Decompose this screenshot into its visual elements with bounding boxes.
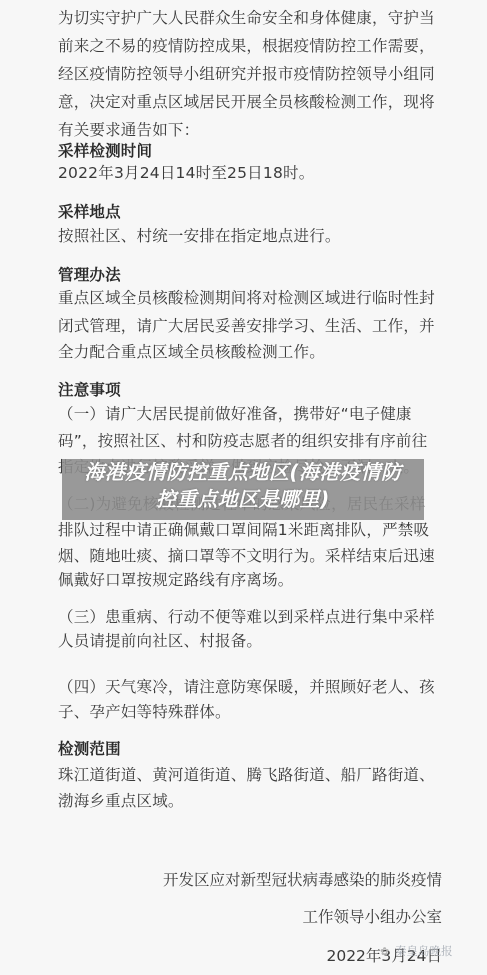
- section-heading-place: 采样地点: [58, 202, 121, 222]
- notes-item-4: （四）天气寒冷，请注意防寒保暖，并照顾好老人、孩: [58, 677, 435, 697]
- notes-item-3: （三）患重病、行动不便等难以到采样点进行集中采样: [58, 607, 435, 627]
- notes-item-1: 码”，按照社区、村和防疫志愿者的组织安排有序前往: [58, 431, 427, 451]
- intro-line: 为切实守护广大人民群众生命安全和身体健康，守护当: [58, 8, 435, 28]
- section-text: 2022年3月24日14时至25日18时。: [58, 163, 314, 183]
- intro-line: 前来之不易的疫情防控成果，根据疫情防控工作需要，: [58, 36, 435, 56]
- notes-item-4: 子、孕产妇等特殊群体。: [58, 702, 231, 722]
- section-text: 闭式管理，请广大居民妥善安排学习、生活、工作，并: [58, 316, 435, 336]
- section-text: 重点区域全员核酸检测期间将对检测区域进行临时性封: [58, 288, 435, 308]
- section-text: 珠江道街道、黄河道街道、腾飞路街道、船厂路街道、: [58, 765, 435, 785]
- notes-item-1: （一）请广大居民提前做好准备，携带好“电子健康: [58, 404, 412, 424]
- section-heading-notes: 注意事项: [58, 380, 121, 400]
- notes-item-2: 排队过程中请正确佩戴口罩间隔1米距离排队，严禁吸: [58, 520, 429, 540]
- intro-line: 意，决定对重点区域居民开展全员核酸检测工作，现将: [58, 92, 435, 112]
- section-text: 渤海乡重点区域。: [58, 791, 184, 811]
- notes-item-2: 烟、随地吐痰、摘口罩等不文明行为。采样结束后迅速: [58, 546, 435, 566]
- overlay-title: 海港疫情防控重点地区(海港疫情防 控重点地区是哪里): [62, 459, 424, 513]
- signature-org-line-2: 工作领导小组办公室: [302, 907, 442, 927]
- notes-item-3: 人员请提前向社区、村报备。: [58, 631, 262, 651]
- intro-line: 经区疫情防控领导小组研究并报市疫情防控领导小组同: [58, 64, 435, 84]
- wechat-icon: ✿: [380, 945, 389, 958]
- signature-org-line-1: 开发区应对新型冠状病毒感染的肺炎疫情: [163, 870, 442, 890]
- section-text: 按照社区、村统一安排在指定地点进行。: [58, 226, 341, 246]
- notes-item-2: 佩戴好口罩按规定路线有序离场。: [58, 570, 294, 590]
- section-heading-management: 管理办法: [58, 265, 121, 285]
- section-heading-time: 采样检测时间: [58, 141, 152, 161]
- watermark-text: 秦皇岛晚报: [395, 943, 453, 959]
- intro-line: 有关要求通告如下：: [58, 120, 199, 140]
- overlay-title-line-1: 海港疫情防控重点地区(海港疫情防: [62, 459, 424, 486]
- overlay-title-line-2: 控重点地区是哪里): [62, 486, 424, 513]
- section-heading-scope: 检测范围: [58, 739, 121, 759]
- section-text: 全力配合重点区域全员核酸检测工作。: [58, 342, 325, 362]
